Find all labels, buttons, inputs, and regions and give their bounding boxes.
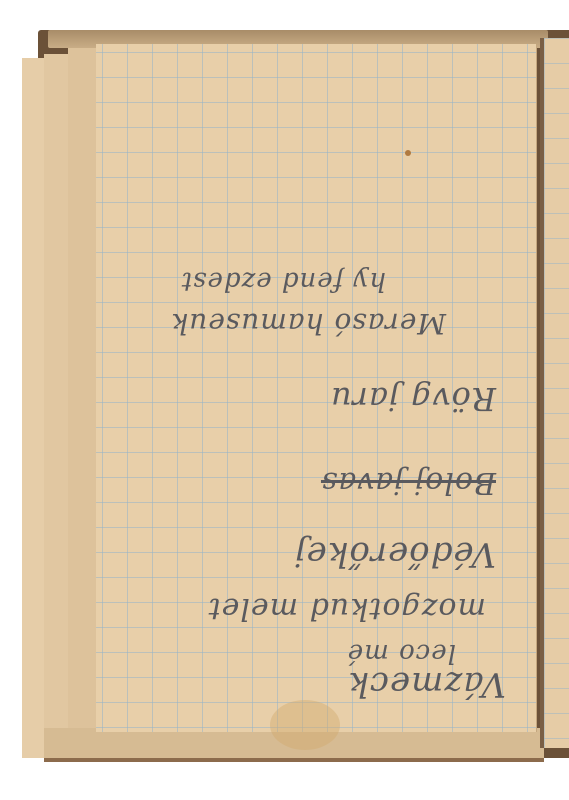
handwriting-line: leco mé <box>347 638 456 668</box>
handwritten-text-block: Vázmeck leco mé mozgotkud melet Védőerők… <box>96 44 536 732</box>
handwriting-line: Védőerőkej <box>294 534 496 574</box>
handwriting-line: Vázmeck <box>347 664 506 704</box>
handwriting-line-struck: Boloj javas <box>321 465 496 500</box>
handwriting-line: mozgotkud melet <box>208 591 486 626</box>
handwriting-line: Rövg jaru <box>330 380 496 418</box>
facing-page <box>540 38 569 748</box>
handwriting-line: Merasó hamuseuk <box>170 307 446 340</box>
handwriting-line: hy fend ezdest <box>181 266 386 296</box>
